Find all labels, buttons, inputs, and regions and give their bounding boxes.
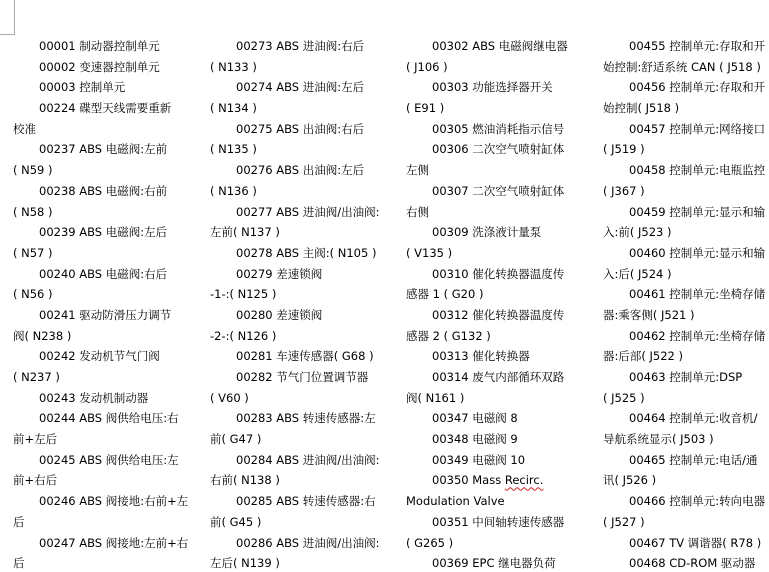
list-entry-continuation: ( N56 ) [13,284,208,305]
list-entry-continuation: ( N134 ) [210,98,405,119]
list-entry: 00459 控制单元:显示和输 [603,202,769,223]
list-entry-continuation: 前( G47 ) [210,429,405,450]
list-entry: 00247 ABS 阀接地:左前+右 [13,533,208,554]
list-entry-continuation: 阀( N238 ) [13,326,208,347]
list-entry: 00468 CD-ROM 驱动器 [603,553,769,572]
list-entry-continuation: 前( G45 ) [210,512,405,533]
list-entry: 00280 差速锁阀 [210,305,405,326]
list-entry-continuation: 左前( N137 ) [210,222,405,243]
list-entry: 00369 EPC 继电器负荷 [406,553,601,572]
list-entry-continuation: 后 [13,512,208,533]
list-entry-continuation: 讯( J526 ) [603,470,769,491]
list-entry: 00314 废气内部循环双路 [406,367,601,388]
list-entry-continuation: 入:前( J523 ) [603,222,769,243]
list-entry: 00463 控制单元:DSP [603,367,769,388]
list-entry: 00455 控制单元:存取和开 [603,36,769,57]
list-entry-continuation: 感器 1 ( G20 ) [406,284,601,305]
list-entry-continuation: 导航系统显示( J503 ) [603,429,769,450]
column-4: 00455 控制单元:存取和开始控制:舒适系统 CAN ( J518 )0045… [603,36,769,572]
list-entry: 00285 ABS 转速传感器:右 [210,491,405,512]
list-entry: 00462 控制单元:坐椅存储 [603,326,769,347]
list-entry: 00350 Mass Recirc. [406,470,601,491]
list-entry: 00237 ABS 电磁阀:左前 [13,139,208,160]
list-entry: 00284 ABS 进油阀/出油阀: [210,450,405,471]
list-entry-continuation: ( N58 ) [13,202,208,223]
list-entry-continuation: ( J367 ) [603,181,769,202]
list-entry-continuation: 阀( N161 ) [406,388,601,409]
list-entry-continuation: 左侧 [406,160,601,181]
list-entry: 00347 电磁阀 8 [406,408,601,429]
list-entry: 00303 功能选择器开关 [406,77,601,98]
spellcheck-flagged-word: Recirc. [505,473,544,487]
list-entry-continuation: Modulation Valve [406,491,601,512]
list-entry: 00240 ABS 电磁阀:右后 [13,264,208,285]
list-entry-continuation: ( N133 ) [210,57,405,78]
list-entry-continuation: 前+左后 [13,429,208,450]
list-entry: 00349 电磁阀 10 [406,450,601,471]
column-2: 00273 ABS 进油阀:右后( N133 )00274 ABS 进油阀:左后… [210,36,405,572]
list-entry: 00243 发动机制动器 [13,388,208,409]
list-entry: 00278 ABS 主阀:( N105 ) [210,243,405,264]
list-entry: 00244 ABS 阀供给电压:右 [13,408,208,429]
list-entry-continuation: ( J519 ) [603,139,769,160]
list-entry: 00307 二次空气喷射缸体 [406,181,601,202]
list-entry: 00286 ABS 进油阀/出油阀: [210,533,405,554]
list-entry-continuation: -1-:( N125 ) [210,284,405,305]
list-entry: 00466 控制单元:转向电器 [603,491,769,512]
list-entry-continuation: ( V135 ) [406,243,601,264]
list-entry: 00245 ABS 阀供给电压:左 [13,450,208,471]
list-entry: 00273 ABS 进油阀:右后 [210,36,405,57]
list-entry: 00283 ABS 转速传感器:左 [210,408,405,429]
list-entry-continuation: 右侧 [406,202,601,223]
list-entry: 00306 二次空气喷射缸体 [406,139,601,160]
list-entry: 00309 洗涤液计量泵 [406,222,601,243]
list-entry-continuation: ( N237 ) [13,367,208,388]
list-entry: 00310 催化转换器温度传 [406,264,601,285]
list-entry: 00241 驱动防滑压力调节 [13,305,208,326]
list-entry: 00224 碟型天线需要重新 [13,98,208,119]
list-entry: 00465 控制单元:电话/通 [603,450,769,471]
list-entry: 00312 催化转换器温度传 [406,305,601,326]
list-entry: 00002 变速器控制单元 [13,57,208,78]
list-entry-continuation: 校准 [13,119,208,140]
list-entry: 00003 控制单元 [13,77,208,98]
list-entry-continuation: 后 [13,553,208,572]
list-entry: 00456 控制单元:存取和开 [603,77,769,98]
list-entry: 00275 ABS 出油阀:右后 [210,119,405,140]
list-entry-continuation: ( V60 ) [210,388,405,409]
list-entry-continuation: 始控制( J518 ) [603,98,769,119]
list-entry: 00313 催化转换器 [406,346,601,367]
list-entry-continuation: ( N59 ) [13,160,208,181]
list-entry: 00282 节气门位置调节器 [210,367,405,388]
list-entry-continuation: -2-:( N126 ) [210,326,405,347]
list-entry: 00242 发动机节气门阀 [13,346,208,367]
list-entry: 00461 控制单元:坐椅存储 [603,284,769,305]
list-entry-continuation: ( J527 ) [603,512,769,533]
list-entry: 00239 ABS 电磁阀:左后 [13,222,208,243]
list-entry: 00467 TV 调谐器( R78 ) [603,533,769,554]
list-entry-continuation: ( G265 ) [406,533,601,554]
list-entry: 00277 ABS 进油阀/出油阀: [210,202,405,223]
list-entry-continuation: 入:后( J524 ) [603,264,769,285]
list-entry-continuation: ( N136 ) [210,181,405,202]
list-entry-continuation: ( J106 ) [406,57,601,78]
list-entry: 00279 差速锁阀 [210,264,405,285]
list-entry: 00238 ABS 电磁阀:右前 [13,181,208,202]
list-entry-continuation: 器:后部( J522 ) [603,346,769,367]
list-entry: 00460 控制单元:显示和输 [603,243,769,264]
list-entry: 00281 车速传感器( G68 ) [210,346,405,367]
list-entry: 00457 控制单元:网络接口 [603,119,769,140]
list-entry-continuation: 始控制:舒适系统 CAN ( J518 ) [603,57,769,78]
list-entry-continuation: 左后( N139 ) [210,553,405,572]
column-1: 00001 制动器控制单元00002 变速器控制单元00003 控制单元0022… [13,36,208,572]
list-entry: 00464 控制单元:收音机/ [603,408,769,429]
list-entry: 00348 电磁阀 9 [406,429,601,450]
list-entry-continuation: ( N135 ) [210,139,405,160]
list-entry-continuation: ( N57 ) [13,243,208,264]
list-entry: 00246 ABS 阀接地:右前+左 [13,491,208,512]
list-entry-continuation: 器:乘客侧( J521 ) [603,305,769,326]
list-entry-continuation: 右前( N138 ) [210,470,405,491]
list-entry: 00276 ABS 出油阀:左后 [210,160,405,181]
list-entry: 00001 制动器控制单元 [13,36,208,57]
column-3: 00302 ABS 电磁阀继电器( J106 )00303 功能选择器开关( E… [406,36,601,572]
list-entry: 00274 ABS 进油阀:左后 [210,77,405,98]
list-entry: 00305 燃油消耗指示信号 [406,119,601,140]
list-entry: 00302 ABS 电磁阀继电器 [406,36,601,57]
list-entry-continuation: 感器 2 ( G132 ) [406,326,601,347]
list-entry: 00458 控制单元:电瓶监控 [603,160,769,181]
list-entry: 00351 中间轴转速传感器 [406,512,601,533]
list-entry-continuation: 前+右后 [13,470,208,491]
list-entry-continuation: ( J525 ) [603,388,769,409]
page-corner-mark [0,0,15,35]
list-entry-continuation: ( E91 ) [406,98,601,119]
